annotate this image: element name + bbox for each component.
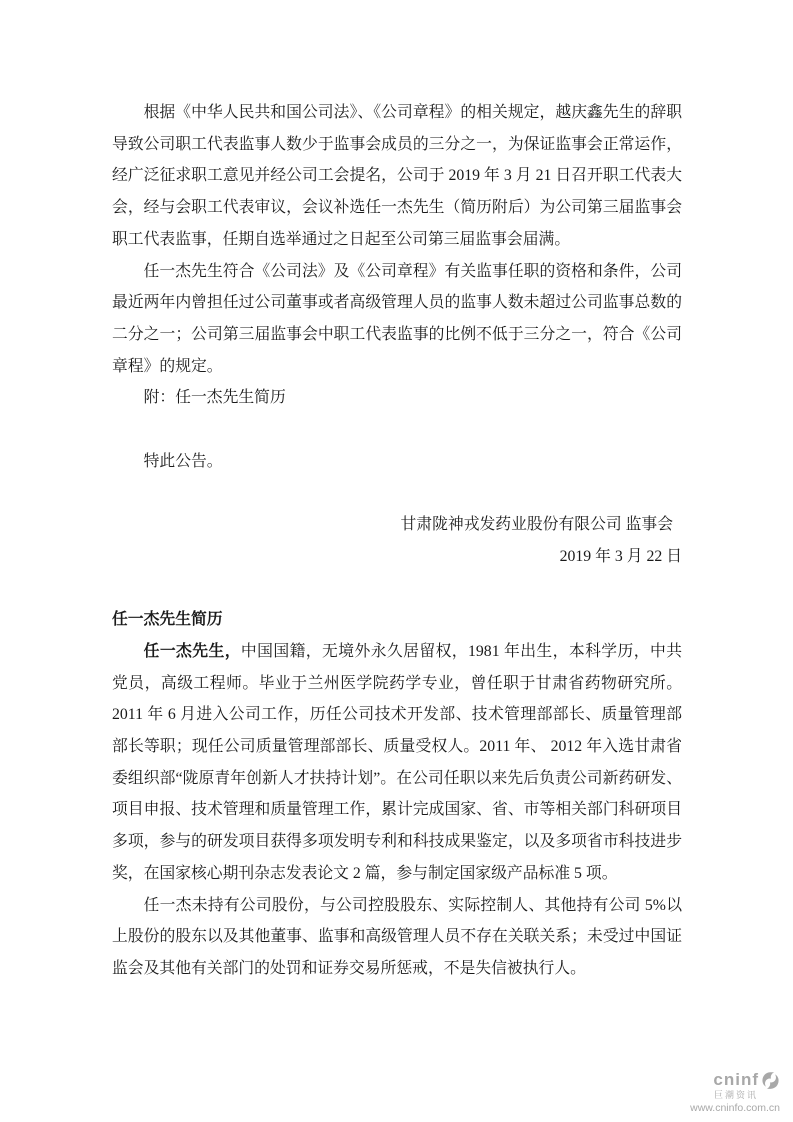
cninfo-swirl-icon [761, 1071, 780, 1090]
cninfo-url: www.cninfo.com.cn [690, 1103, 780, 1115]
cninfo-wordmark: cninf [713, 1071, 759, 1090]
resume-paragraph: 任一杰先生，中国国籍，无境外永久居留权，1981 年出生，本科学历，中共党员，高… [112, 636, 682, 890]
spacer [112, 477, 682, 509]
document-body: 根据《中华人民共和国公司法》、《公司章程》的相关规定，越庆鑫先生的辞职导致公司职… [112, 97, 682, 985]
disclosure-paragraph: 任一杰未持有公司股份，与公司控股股东、实际控制人、其他持有公司 5%以上股份的股… [112, 890, 682, 985]
closing-statement: 特此公告。 [112, 446, 682, 478]
paragraph-regulation: 根据《中华人民共和国公司法》、《公司章程》的相关规定，越庆鑫先生的辞职导致公司职… [112, 97, 682, 256]
resume-lead-name: 任一杰先生， [144, 643, 241, 660]
cninfo-logo: cninf 巨潮资讯 www.cninfo.com.cn [690, 1071, 780, 1114]
signature-date: 2019 年 3 月 22 日 [112, 541, 682, 573]
cninfo-logo-row: cninf [690, 1071, 780, 1090]
attachment-note: 附：任一杰先生简历 [112, 382, 682, 414]
cninfo-subtitle: 巨潮资讯 [690, 1091, 780, 1101]
paragraph-qualification: 任一杰先生符合《公司法》及《公司章程》有关监事任职的资格和条件，公司最近两年内曾… [112, 256, 682, 383]
document-page: 根据《中华人民共和国公司法》、《公司章程》的相关规定，越庆鑫先生的辞职导致公司职… [0, 0, 793, 1122]
spacer [112, 573, 682, 605]
signature-block: 甘肃陇神戎发药业股份有限公司 监事会 2019 年 3 月 22 日 [112, 509, 682, 572]
spacer [112, 414, 682, 446]
signature-company: 甘肃陇神戎发药业股份有限公司 监事会 [112, 509, 682, 541]
resume-body-text: 中国国籍，无境外永久居留权，1981 年出生，本科学历，中共党员，高级工程师。毕… [112, 643, 682, 882]
resume-heading: 任一杰先生简历 [112, 604, 682, 636]
